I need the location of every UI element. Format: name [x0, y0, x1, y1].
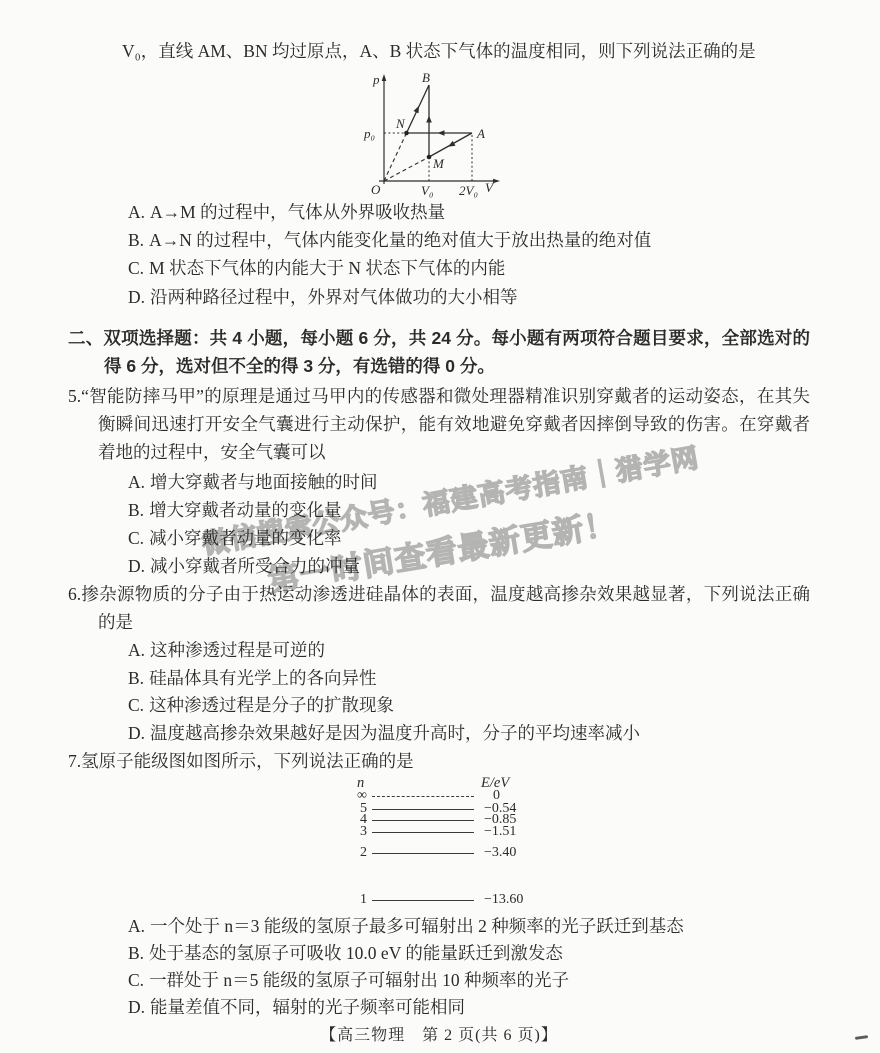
level-n-2: 2 — [353, 846, 367, 860]
origin-label: O — [371, 182, 381, 197]
q5-stem: 5.“智能防摔马甲”的原理是通过马甲内的传感器和微处理器精准识别穿戴者的运动姿态… — [68, 383, 810, 466]
p0-label: p₀ — [363, 126, 375, 141]
q7-option-c: C.一群处于 n＝5 能级的氢原子可辐射出 10 种频率的光子 — [128, 967, 810, 994]
q5-option-d: D.减小穿戴者所受合力的冲量 — [128, 552, 810, 580]
level-line-1 — [372, 900, 474, 901]
q5-option-c: C.减小穿戴者动量的变化率 — [128, 524, 810, 552]
level-e-2: −3.40 — [484, 846, 516, 860]
q6-option-a: A.这种渗透过程是可逆的 — [128, 637, 810, 665]
q4-stem-continuation: V₀，直线 AM、BN 均过原点，A、B 状态下气体的温度相同，则下列说法正确的… — [122, 38, 810, 66]
level-n-1: 1 — [353, 893, 367, 907]
page-footer: 【高三物理 第 2 页(共 6 页)】 — [68, 1022, 810, 1045]
q5-options: A.增大穿戴者与地面接触的时间 B.增大穿戴者动量的变化量 C.减小穿戴者动量的… — [68, 468, 810, 580]
q7-stem: 7.氢原子能级图如图所示，下列说法正确的是 — [68, 748, 810, 775]
pv-diagram: p V O p₀ V₀ 2V₀ A B M N — [322, 72, 514, 204]
q5-option-a: A.增大穿戴者与地面接触的时间 — [128, 468, 810, 496]
level-e-3: −1.51 — [484, 825, 516, 839]
q7-option-b: B.处于基态的氢原子可吸收 10.0 eV 的能量跃迁到激发态 — [128, 940, 810, 967]
energy-level-diagram: n E/eV ∞ 0 5 −0.54 4 −0.85 3 −1.51 2 −3.… — [353, 775, 573, 913]
point-m-label: M — [432, 156, 445, 171]
q6-option-d: D.温度越高掺杂效果越好是因为温度升高时，分子的平均速率减小 — [128, 720, 810, 748]
q6-stem: 6.掺杂源物质的分子由于热运动渗透进硅晶体的表面，温度越高掺杂效果越显著，下列说… — [68, 581, 810, 636]
q7-option-d: D.能量差值不同，辐射的光子频率可能相同 — [128, 994, 810, 1021]
2v0-label: 2V₀ — [459, 183, 478, 198]
v0-label: V₀ — [421, 183, 433, 198]
level-n-3: 3 — [353, 825, 367, 839]
level-line-5 — [372, 809, 474, 810]
q6-options: A.这种渗透过程是可逆的 B.硅晶体具有光学上的各向异性 C.这种渗透过程是分子… — [68, 637, 810, 748]
point-n-label: N — [395, 116, 406, 131]
q4-option-c: C.M 状态下气体的内能大于 N 状态下气体的内能 — [128, 254, 810, 282]
level-line-3 — [372, 832, 474, 833]
point-b-label: B — [422, 72, 430, 85]
q4-options: A.A→M 的过程中，气体从外界吸收热量 B.A→N 的过程中，气体内能变化量的… — [68, 198, 810, 312]
q7-option-a: A.一个处于 n＝3 能级的氢原子最多可辐射出 2 种频率的光子跃迁到基态 — [128, 913, 810, 940]
level-line-2 — [372, 853, 474, 854]
q4-option-d: D.沿两种路径过程中，外界对气体做功的大小相等 — [128, 283, 810, 311]
level-e-1: −13.60 — [484, 893, 523, 907]
point-a-label: A — [476, 126, 485, 141]
section2-header: 二、双项选择题：共 4 小题，每小题 6 分，共 24 分。每小题有两项符合题目… — [68, 324, 810, 380]
q4-option-a: A.A→M 的过程中，气体从外界吸收热量 — [128, 198, 810, 226]
axis-p-label: p — [372, 72, 380, 87]
q6-option-b: B.硅晶体具有光学上的各向异性 — [128, 665, 810, 693]
q7-options: A.一个处于 n＝3 能级的氢原子最多可辐射出 2 种频率的光子跃迁到基态 B.… — [68, 913, 810, 1021]
level-line-inf — [372, 796, 474, 797]
q5-option-b: B.增大穿戴者动量的变化量 — [128, 496, 810, 524]
q4-option-b: B.A→N 的过程中，气体内能变化量的绝对值大于放出热量的绝对值 — [128, 226, 810, 254]
exam-page: V₀，直线 AM、BN 均过原点，A、B 状态下气体的温度相同，则下列说法正确的… — [0, 0, 880, 1045]
level-line-4 — [372, 820, 474, 821]
q6-option-c: C.这种渗透过程是分子的扩散现象 — [128, 692, 810, 720]
